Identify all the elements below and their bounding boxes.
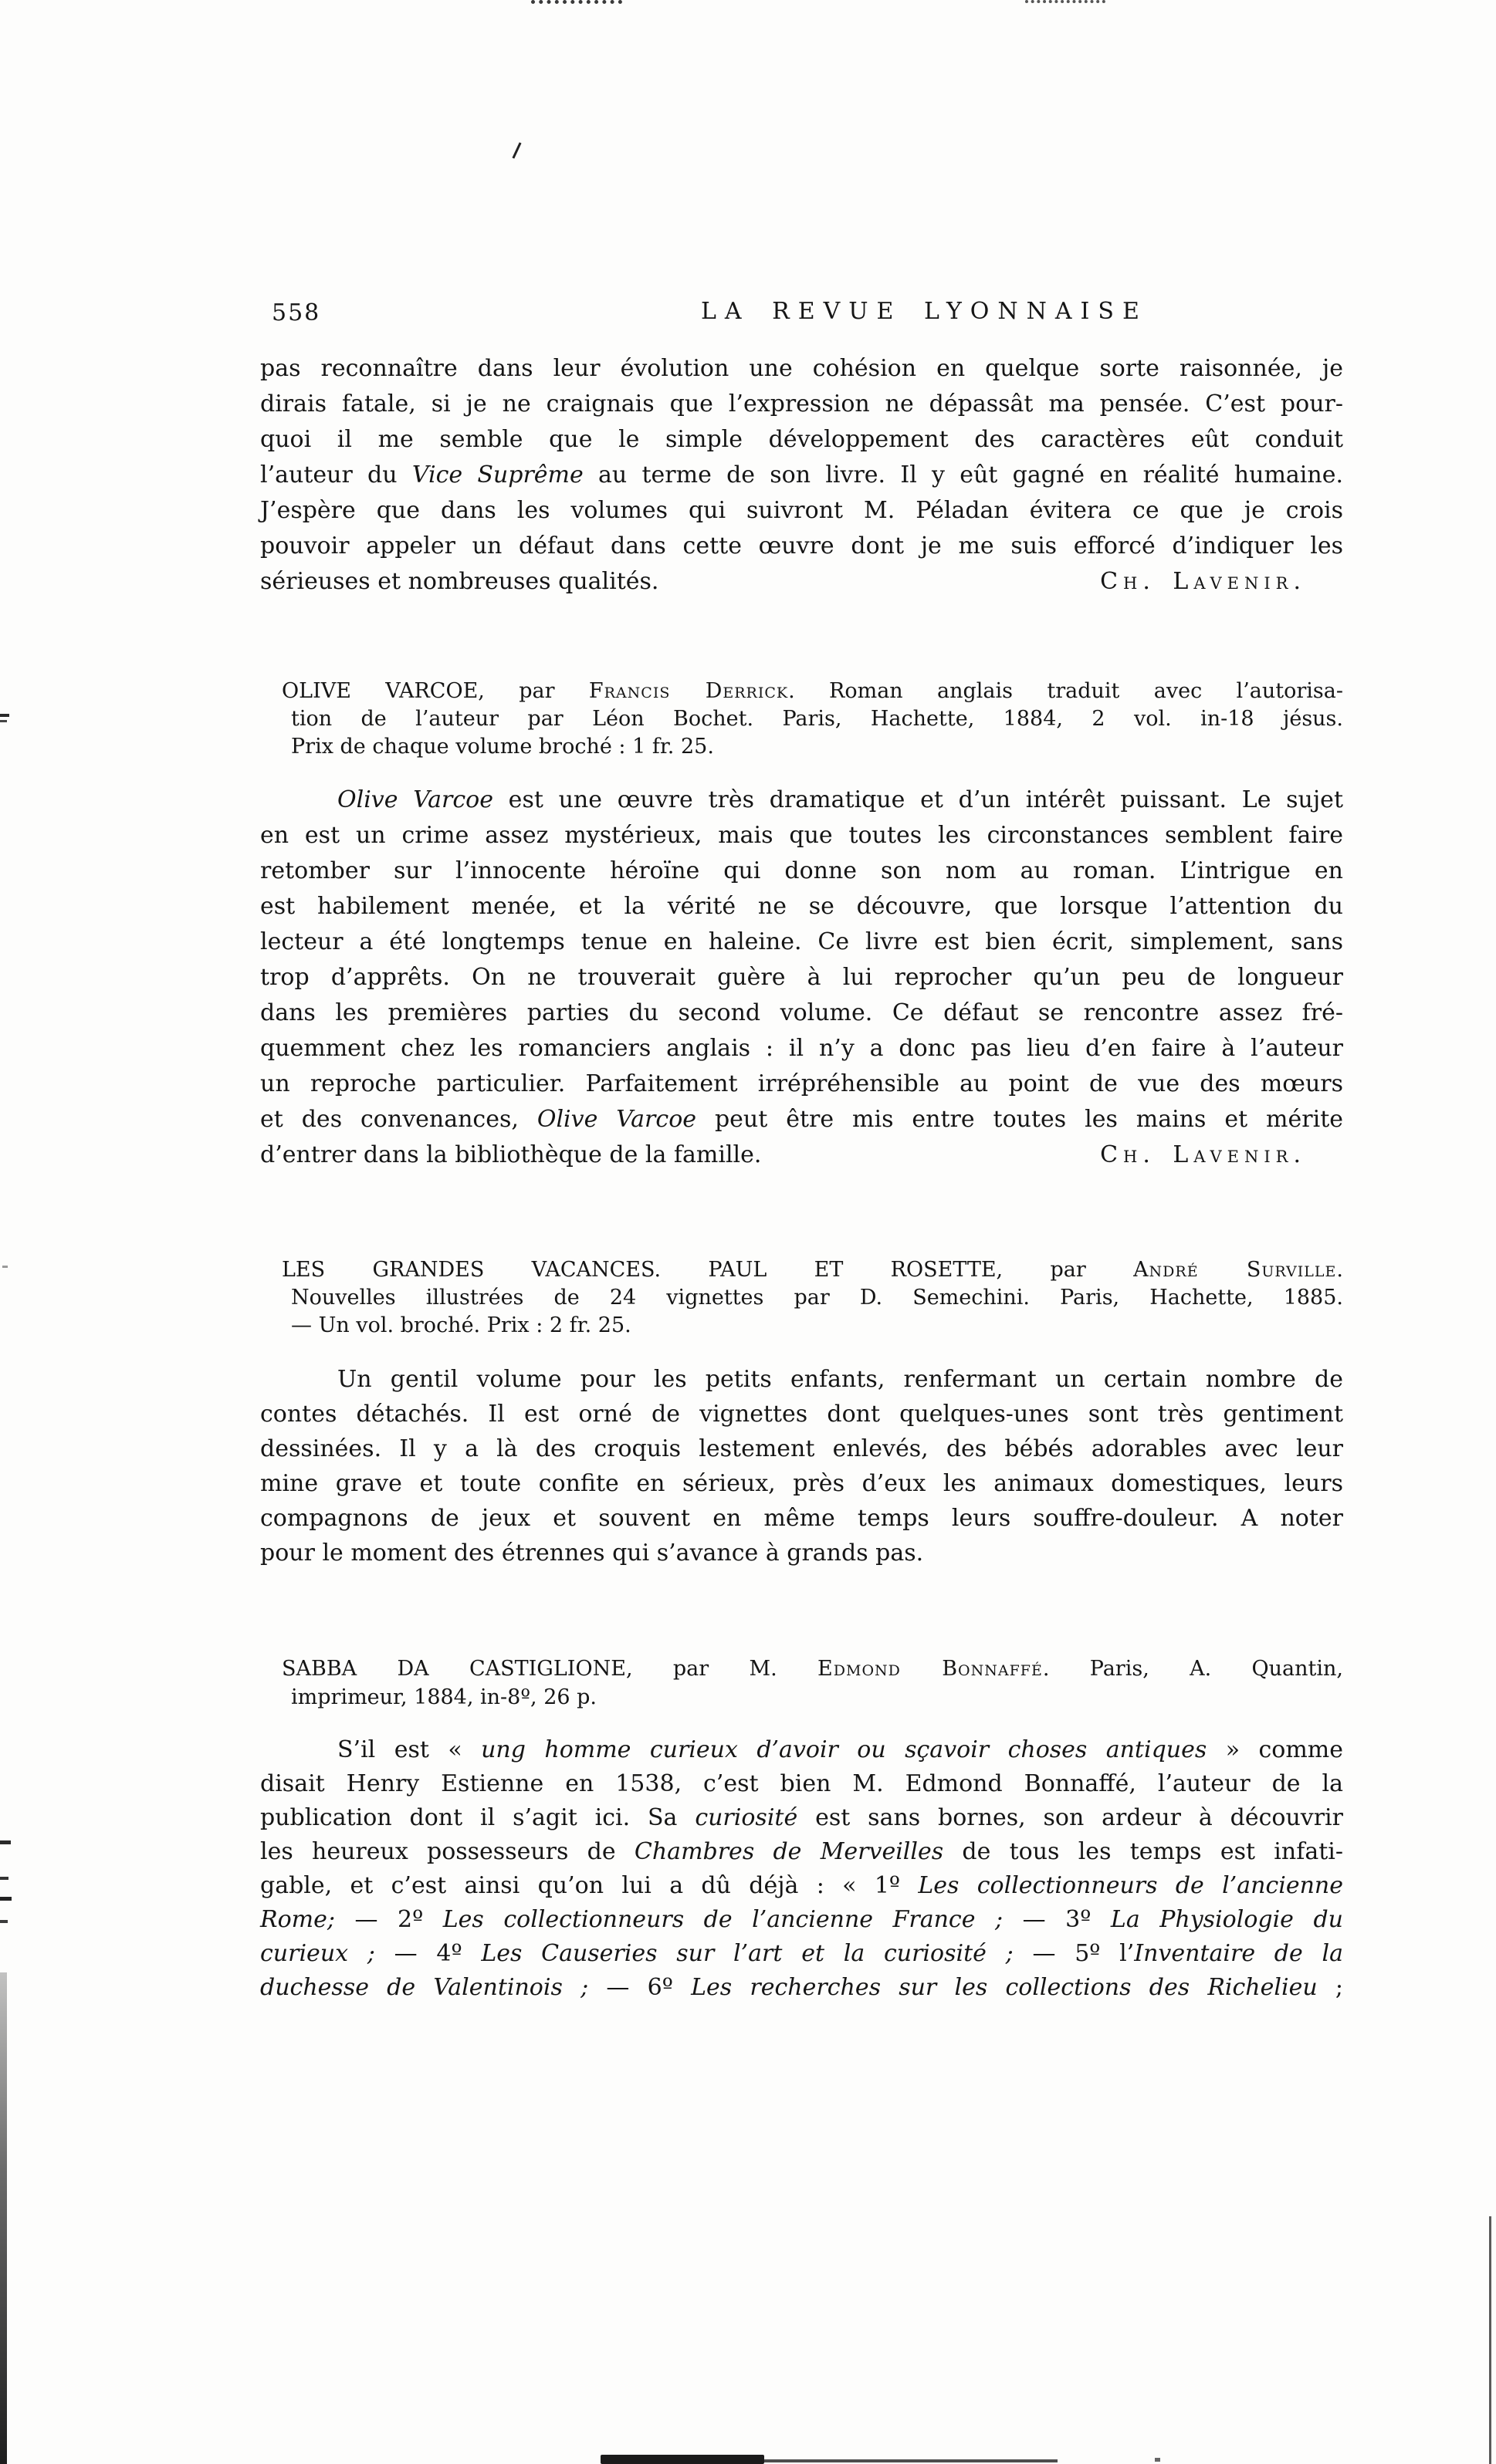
paragraph-grandes-vacances-review: Un gentil volume pour les petits enfants… bbox=[260, 1362, 1343, 1570]
reviewer-signature: Ch. Lavenir. bbox=[1100, 564, 1306, 600]
text-line: — Un vol. broché. Prix : 2 fr. 25. bbox=[282, 1312, 1343, 1340]
text-line: quoi il me semble que le simple développ… bbox=[260, 422, 1343, 458]
text-line: en est un crime assez mystérieux, mais q… bbox=[260, 818, 1343, 853]
paragraph-peladan-review-end: pas reconnaître dans leur évolution une … bbox=[260, 351, 1343, 600]
text-line: retomber sur l’innocente héroïne qui don… bbox=[260, 853, 1343, 889]
scanned-page: 558 LA REVUE LYONNAISE pas reconnaître d… bbox=[0, 0, 1496, 2464]
text-line: pas reconnaître dans leur évolution une … bbox=[260, 351, 1343, 387]
scan-artifact-left-dash bbox=[0, 714, 9, 717]
page-number: 558 bbox=[272, 299, 320, 326]
text-line: Rome; — 2º Les collectionneurs de l’anci… bbox=[260, 1903, 1343, 1937]
journal-title: LA REVUE LYONNAISE bbox=[701, 298, 1148, 325]
text-line: LES GRANDES VACANCES. PAUL ET ROSETTE, p… bbox=[282, 1256, 1343, 1284]
text-line: curieux ; — 4º Les Causeries sur l’art e… bbox=[260, 1937, 1343, 1971]
scan-artifact-right-edge-line bbox=[1489, 2216, 1491, 2464]
text-line: OLIVE VARCOE, par Francis Derrick. Roman… bbox=[282, 678, 1343, 705]
text-line: lecteur a été longtemps tenue en haleine… bbox=[260, 924, 1343, 960]
text-line: quemment chez les romanciers anglais : i… bbox=[260, 1031, 1343, 1066]
scan-artifact-left-dash bbox=[0, 1897, 12, 1901]
text-line: contes détachés. Il est orné de vignette… bbox=[260, 1397, 1343, 1431]
text-line: un reproche particulier. Parfaitement ir… bbox=[260, 1066, 1343, 1102]
scan-artifact-left-dash bbox=[0, 1840, 11, 1844]
scan-artifact-bottom-line bbox=[764, 2459, 1058, 2462]
text-line: gable, et c’est ainsi qu’on lui a dû déj… bbox=[260, 1869, 1343, 1903]
text-line: imprimeur, 1884, in-8º, 26 p. bbox=[282, 1683, 1343, 1712]
paragraph-sabba-review: S’il est « ung homme curieux d’avoir ou … bbox=[260, 1733, 1343, 2005]
paragraph-olive-varcoe-review: Olive Varcoe est une œuvre très dramatiq… bbox=[260, 782, 1343, 1173]
scan-artifact-top-dots-left bbox=[531, 0, 622, 4]
text-line: dans les premières parties du second vol… bbox=[260, 995, 1343, 1031]
text-line: disait Henry Estienne en 1538, c’est bie… bbox=[260, 1767, 1343, 1801]
scan-artifact-bottom-band bbox=[601, 2455, 764, 2464]
scan-artifact-left-dash bbox=[2, 1266, 8, 1268]
text-line: et des convenances, Olive Varcoe peut êt… bbox=[260, 1102, 1343, 1137]
text-line: Olive Varcoe est une œuvre très dramatiq… bbox=[260, 782, 1343, 818]
bibliography-grandes-vacances: LES GRANDES VACANCES. PAUL ET ROSETTE, p… bbox=[260, 1256, 1343, 1340]
text-line: SABBA DA CASTIGLIONE, par M. Edmond Bonn… bbox=[282, 1654, 1343, 1683]
scan-artifact-left-dash bbox=[0, 720, 7, 722]
text-line: les heureux possesseurs de Chambres de M… bbox=[260, 1835, 1343, 1869]
text-line: est habilement menée, et la vérité ne se… bbox=[260, 889, 1343, 924]
scan-artifact-left-dash bbox=[0, 1877, 8, 1880]
text-line: sérieuses et nombreuses qualités.Ch. Lav… bbox=[260, 564, 1343, 600]
text-line: pouvoir appeler un défaut dans cette œuv… bbox=[260, 529, 1343, 564]
text-line: J’espère que dans les volumes qui suivro… bbox=[260, 493, 1343, 529]
text-line: pour le moment des étrennes qui s’avance… bbox=[260, 1536, 1343, 1570]
text-line: Nouvelles illustrées de 24 vignettes par… bbox=[282, 1284, 1343, 1312]
text-line: l’auteur du Vice Suprême au terme de son… bbox=[260, 458, 1343, 493]
reviewer-signature: Ch. Lavenir. bbox=[1100, 1137, 1306, 1173]
text-line: dirais fatale, si je ne craignais que l’… bbox=[260, 387, 1343, 422]
scan-artifact-left-dash bbox=[0, 1920, 8, 1923]
scan-artifact-bottom-speck bbox=[1155, 2458, 1160, 2462]
text-line: tion de l’auteur par Léon Bochet. Paris,… bbox=[282, 705, 1343, 733]
text-line: duchesse de Valentinois ; — 6º Les reche… bbox=[260, 1971, 1343, 2005]
text-line: S’il est « ung homme curieux d’avoir ou … bbox=[260, 1733, 1343, 1767]
text-line: compagnons de jeux et souvent en même te… bbox=[260, 1501, 1343, 1536]
text-line: trop d’apprêts. On ne trouverait guère à… bbox=[260, 960, 1343, 995]
text-line: d’entrer dans la bibliothèque de la fami… bbox=[260, 1137, 1343, 1173]
text-line: Prix de chaque volume broché : 1 fr. 25. bbox=[282, 733, 1343, 761]
text-line: dessinées. Il y a là des croquis lesteme… bbox=[260, 1431, 1343, 1466]
scan-artifact-left-streak bbox=[0, 1972, 7, 2464]
scan-artifact-diagonal-tick bbox=[512, 142, 521, 158]
bibliography-olive-varcoe: OLIVE VARCOE, par Francis Derrick. Roman… bbox=[260, 678, 1343, 761]
text-line: Un gentil volume pour les petits enfants… bbox=[260, 1362, 1343, 1397]
bibliography-sabba-da-castiglione: SABBA DA CASTIGLIONE, par M. Edmond Bonn… bbox=[260, 1654, 1343, 1712]
text-line: publication dont il s’agit ici. Sa curio… bbox=[260, 1801, 1343, 1835]
text-line: mine grave et toute confite en sérieux, … bbox=[260, 1466, 1343, 1501]
scan-artifact-top-dots-right bbox=[1025, 0, 1105, 3]
